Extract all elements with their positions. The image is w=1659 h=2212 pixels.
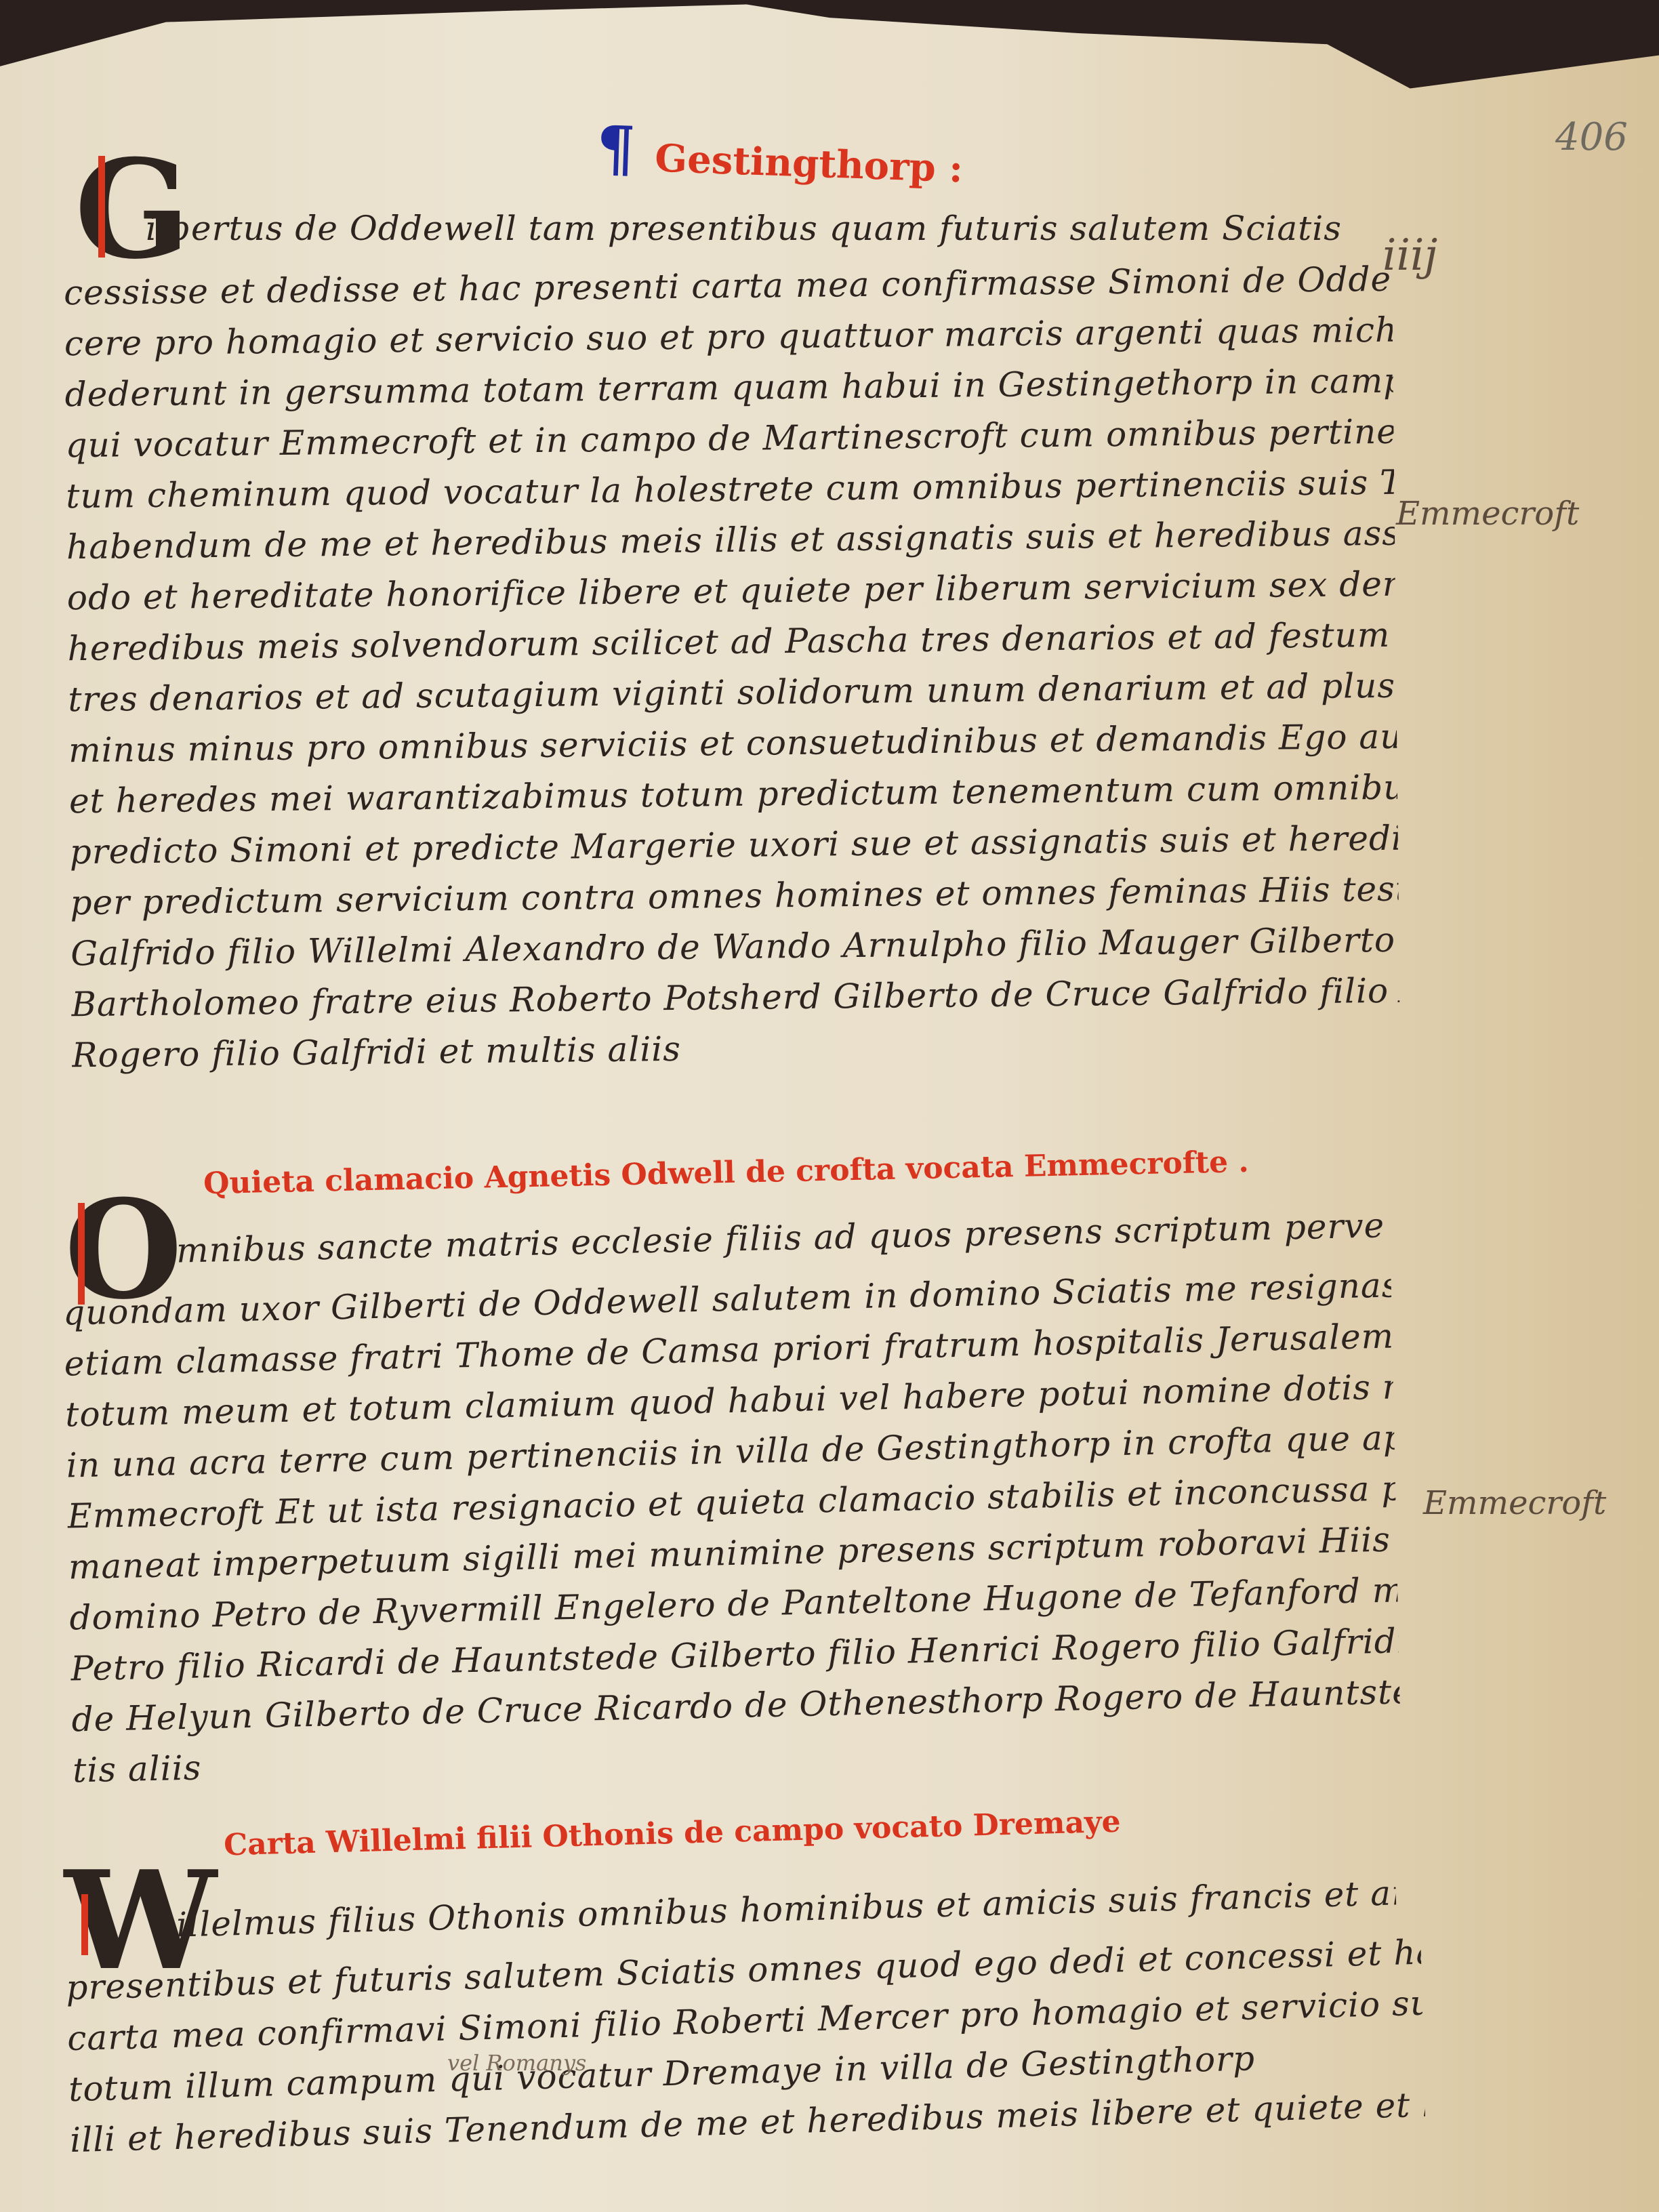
pilcrow-icon: ¶ (595, 112, 636, 186)
margin-note-emmecroft-2: Emmecroft (1423, 1484, 1606, 1522)
charter-text-1-body: cessisse et dedisse et hac presenti cart… (64, 254, 1400, 1081)
rubric-title: Gestingthorp : (654, 136, 964, 192)
rubric-heading-quieta-clamacio: Quieta clamacio Agnetis Odwell de crofta… (203, 1145, 1250, 1201)
text-line: ilbertus de Oddewell tam presentibus qua… (146, 203, 1352, 254)
charter-text-1: ilbertus de Oddewell tam presentibus qua… (146, 203, 1352, 254)
charter-text-3-body: presentibus et futuris salutem Sciatis o… (65, 1927, 1425, 2166)
manuscript-page: 406 ¶ Gestingthorp : G ilbertus de Oddew… (0, 0, 1659, 2212)
margin-note-emmecroft-1: Emmecroft (1396, 495, 1579, 533)
initial-red-stroke (81, 1894, 88, 1955)
rubric-heading-gestingthorp: ¶ Gestingthorp : (595, 112, 964, 197)
margin-note-numeral: iiij (1382, 230, 1437, 281)
initial-red-stroke (98, 156, 105, 258)
folio-number: 406 (1555, 115, 1628, 159)
interlinear-note: vel Romanys (447, 2050, 586, 2076)
rubric-heading-carta-willelmi: Carta Willelmi filii Othonis de campo vo… (224, 1805, 1122, 1863)
charter-text-2-body: quondam uxor Gilberti de Oddewell salute… (62, 1261, 1401, 1797)
